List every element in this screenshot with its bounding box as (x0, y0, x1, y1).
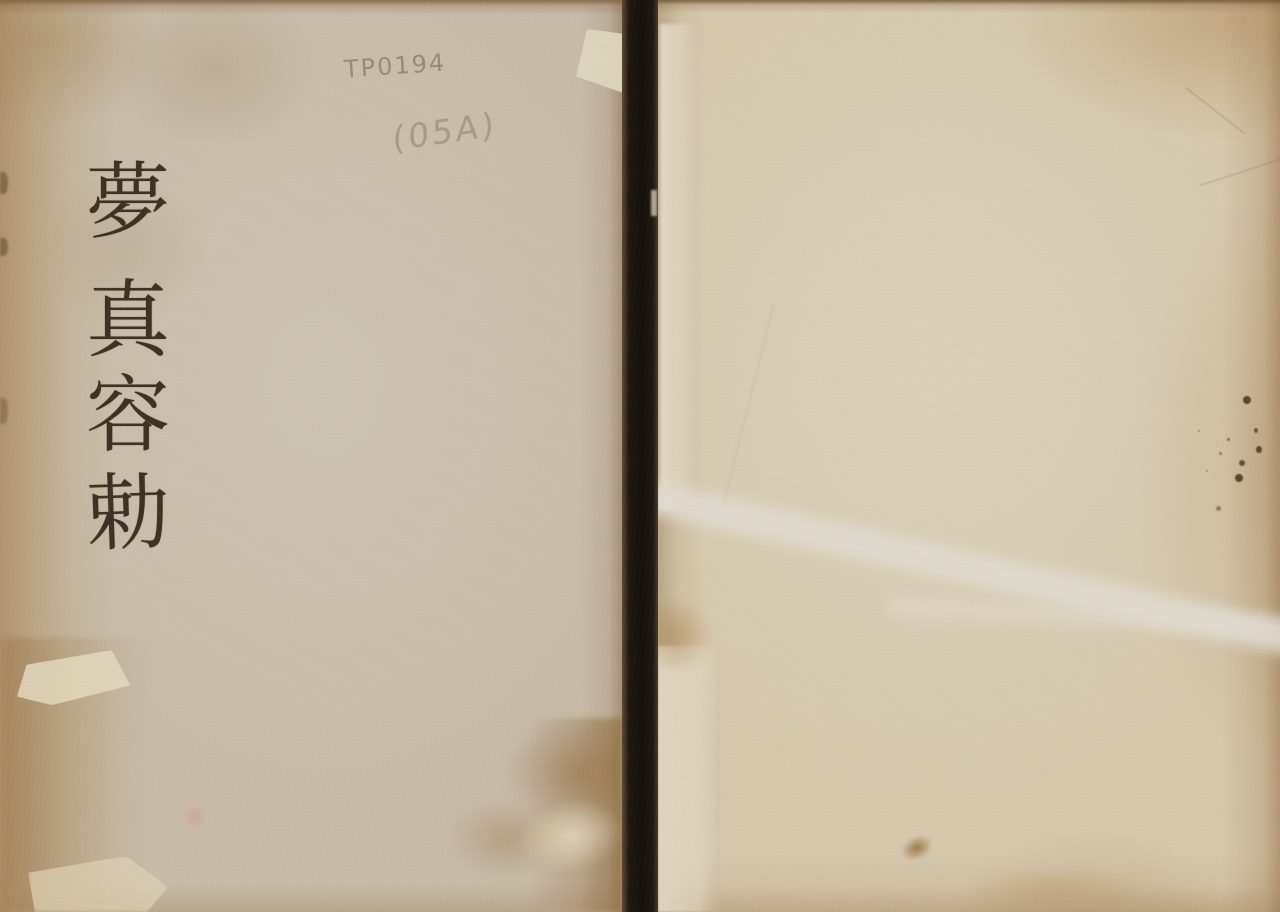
fox-spot (1227, 438, 1230, 441)
spine-light-notch (651, 190, 657, 216)
fox-spot (1219, 452, 1222, 455)
edge-wear-mark (0, 238, 8, 256)
pencil-secondary-number: (05A) (393, 104, 497, 158)
title-char: 真 (74, 278, 182, 362)
fox-spot (1198, 430, 1200, 432)
crease-line (1200, 155, 1280, 186)
fox-spot (1206, 470, 1208, 472)
abraded-light-patch (501, 779, 622, 896)
crease-line (723, 303, 775, 507)
fox-spot (1256, 446, 1262, 453)
tape-patch (576, 29, 622, 93)
edge-wear-mark (0, 172, 8, 194)
manuscript-scan: 夢 真 容 勅 TP0194 (05A) (0, 0, 1280, 912)
pink-stain (181, 804, 209, 830)
fox-spot (1216, 506, 1221, 511)
diagonal-crease-band (658, 468, 1280, 673)
paper-chip (28, 856, 168, 912)
fox-spot (1254, 428, 1258, 433)
water-stain-bottom-right (430, 718, 622, 912)
fox-spot (1239, 460, 1245, 466)
small-brown-stain (896, 829, 937, 866)
book-spine-gap (622, 0, 658, 912)
repair-strip-top (660, 24, 698, 510)
bottom-edge-blotch (958, 868, 1138, 912)
title-char: 夢 (74, 160, 182, 244)
diagonal-crease-band-faint (887, 587, 1280, 647)
pencil-catalog-number: TP0194 (343, 48, 447, 83)
paper-chip (15, 649, 132, 707)
left-page: 夢 真 容 勅 TP0194 (05A) (0, 0, 622, 912)
right-page (658, 0, 1280, 912)
title-char: 容 (74, 373, 182, 457)
edge-wear-mark (0, 398, 8, 424)
title-char: 勅 (73, 469, 184, 557)
crease-line (1186, 87, 1245, 133)
repair-strip-bottom (658, 646, 718, 912)
fox-spot (1243, 396, 1251, 404)
cover-title-vertical: 夢 真 容 勅 (74, 0, 182, 600)
gutter-stain (658, 600, 716, 670)
fox-spot (1235, 474, 1243, 482)
water-stain-bottom-left (0, 638, 155, 912)
